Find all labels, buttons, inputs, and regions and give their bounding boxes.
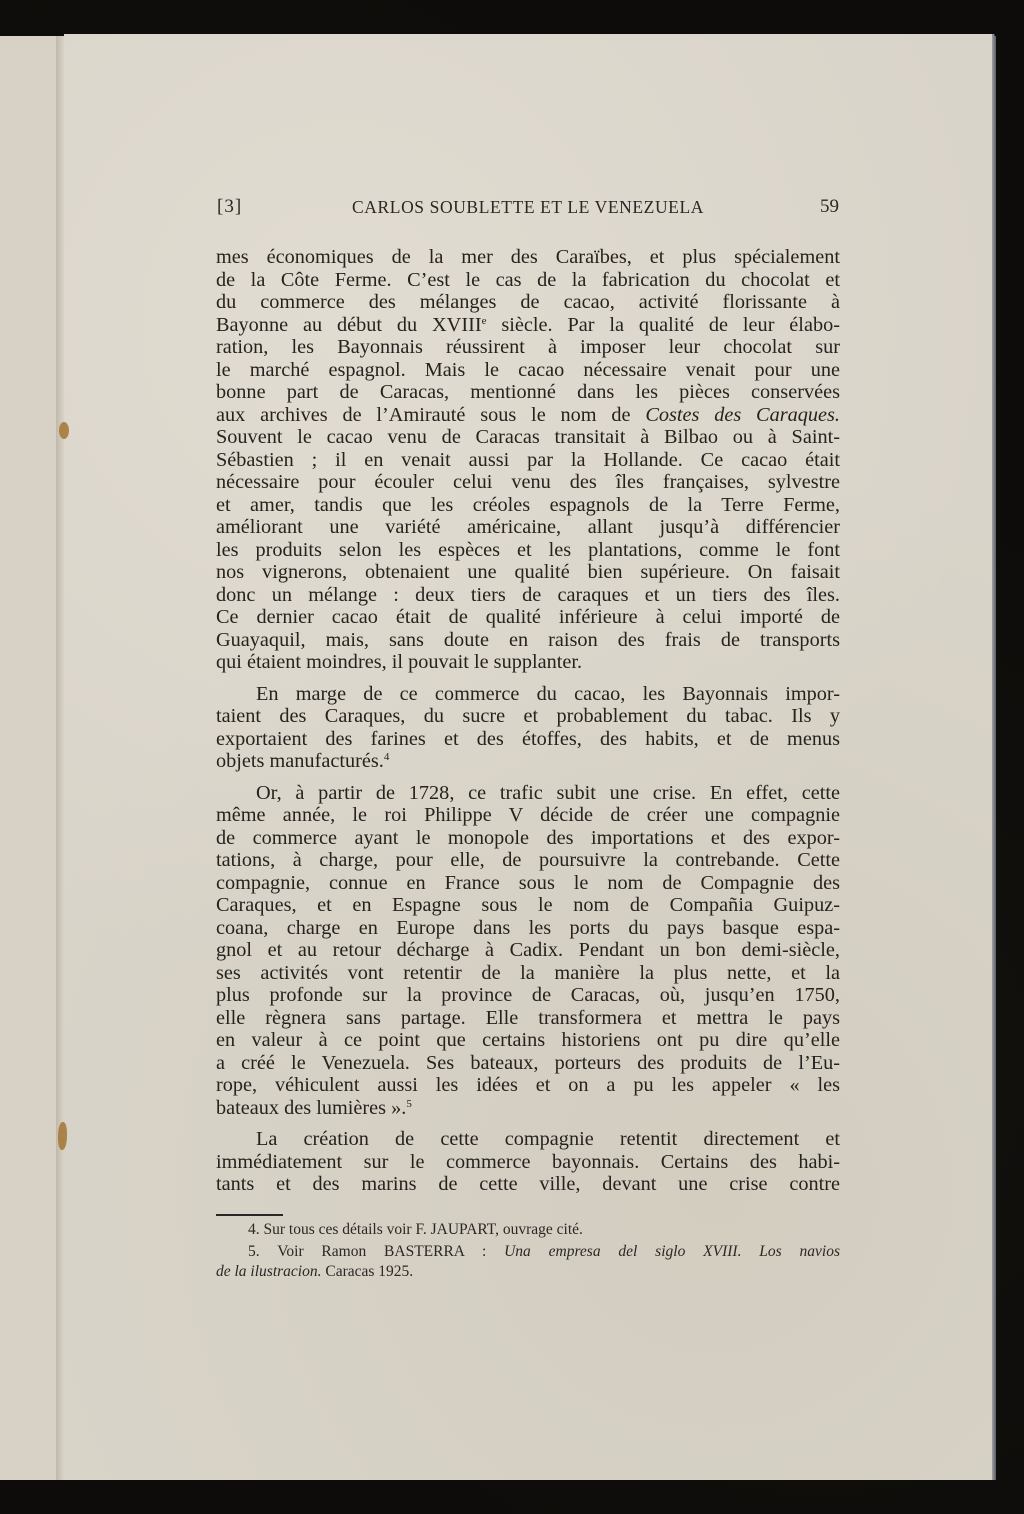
text-line: les produits selon les espèces et les pl…	[216, 539, 840, 562]
footnote-4: 4. Sur tous ces détails voir F. JAUPART,…	[216, 1220, 840, 1240]
text-run: siècle. Par la qualité de leur élabo-	[486, 314, 840, 336]
body-text: mes économiques de la mer des Caraïbes, …	[216, 246, 840, 1205]
text-line: taient des Caraques, du sucre et probabl…	[216, 705, 840, 728]
text-line: même année, le roi Philippe V décide de …	[216, 804, 840, 827]
italic-title: de la ilustracion.	[216, 1263, 321, 1280]
text-line: améliorant une variété américaine, allan…	[216, 516, 840, 539]
text-line: et amer, tandis que les créoles espagnol…	[216, 494, 840, 517]
italic-title: Una empresa del siglo XVIII. Los navios	[504, 1243, 840, 1260]
text-line: Sébastien ; il en venait aussi par la Ho…	[216, 449, 840, 472]
text-line: le marché espagnol. Mais le cacao nécess…	[216, 359, 840, 382]
foxing-stain	[59, 422, 69, 439]
page-stack-edge	[992, 36, 996, 1480]
text-run: aux archives de l’Amirauté sous le nom d…	[216, 404, 645, 426]
text-line: aux archives de l’Amirauté sous le nom d…	[216, 404, 840, 427]
text-line: exportaient des farines et des étoffes, …	[216, 728, 840, 751]
footnote-number: 4.	[248, 1221, 260, 1238]
superscript: e	[482, 315, 487, 327]
footnote-number: 5.	[248, 1243, 260, 1260]
text-line: qui étaient moindres, il pouvait le supp…	[216, 651, 840, 674]
text-line: coana, charge en Europe dans les ports d…	[216, 917, 840, 940]
text-line: plus profonde sur la province de Caracas…	[216, 984, 840, 1007]
text-line: bonne part de Caracas, mentionné dans le…	[216, 381, 840, 404]
text-line: en valeur à ce point que certains histor…	[216, 1029, 840, 1052]
text-line: Caraques, et en Espagne sous le nom de C…	[216, 894, 840, 917]
italic-title: Costes des Caraques.	[645, 404, 840, 426]
text-line: du commerce des mélanges de cacao, activ…	[216, 291, 840, 314]
text-line: tations, à charge, pour elle, de poursui…	[216, 849, 840, 872]
text-line: ration, les Bayonnais réussirent à impos…	[216, 336, 840, 359]
text-line: elle règnera sans partage. Elle transfor…	[216, 1007, 840, 1030]
text-line: Bayonne au début du XVIIIe siècle. Par l…	[216, 314, 840, 337]
text-line: La création de cette compagnie retentit …	[216, 1128, 840, 1151]
text-line: Guayaquil, mais, sans doute en raison de…	[216, 629, 840, 652]
text-line: Or, à partir de 1728, ce trafic subit un…	[216, 782, 840, 805]
paragraph: Or, à partir de 1728, ce trafic subit un…	[216, 782, 840, 1120]
text-line: nécessaire pour écouler celui venu des î…	[216, 471, 840, 494]
text-line: objets manufacturés.4	[216, 750, 840, 773]
footnote-text: Sur tous ces détails voir F. JAUPART, ou…	[264, 1221, 583, 1238]
text-line: nos vignerons, obtenaient une qualité bi…	[216, 561, 840, 584]
text-line: de commerce ayant le monopole des import…	[216, 827, 840, 850]
text-line: bateaux des lumières ».5	[216, 1097, 840, 1120]
text-line: En marge de ce commerce du cacao, les Ba…	[216, 683, 840, 706]
text-line: Souvent le cacao venu de Caracas transit…	[216, 426, 840, 449]
text-line: a créé le Venezuela. Ses bateaux, porteu…	[216, 1052, 840, 1075]
footnote-line: 5. Voir Ramon BASTERRA : Una empresa del…	[216, 1242, 840, 1262]
footnote-ref[interactable]: 4	[384, 751, 390, 763]
text-run: bateaux des lumières ».	[216, 1097, 406, 1119]
footnote-text: Caracas 1925.	[321, 1263, 413, 1280]
running-title: CARLOS SOUBLETTE ET LE VENEZUELA	[217, 196, 839, 218]
paragraph: En marge de ce commerce du cacao, les Ba…	[216, 683, 840, 773]
text-line: immédiatement sur le commerce bayonnais.…	[216, 1151, 840, 1174]
text-line: de la Côte Ferme. C’est le cas de la fab…	[216, 269, 840, 292]
running-header: [3] CARLOS SOUBLETTE ET LE VENEZUELA 59	[217, 196, 839, 222]
text-line: rope, véhiculent aussi les idées et on a…	[216, 1074, 840, 1097]
text-run: Bayonne au début du XVIII	[216, 314, 482, 336]
footnote-separator	[216, 1214, 283, 1216]
footnote-ref[interactable]: 5	[406, 1098, 412, 1110]
text-line: Ce dernier cacao était de qualité inféri…	[216, 606, 840, 629]
footnote-line: de la ilustracion. Caracas 1925.	[216, 1262, 840, 1282]
foxing-stain	[58, 1122, 67, 1150]
footnotes: 4. Sur tous ces détails voir F. JAUPART,…	[216, 1220, 840, 1284]
text-line: donc un mélange : deux tiers de caraques…	[216, 584, 840, 607]
text-line: gnol et au retour décharge à Cadix. Pend…	[216, 939, 840, 962]
footnote-line: 4. Sur tous ces détails voir F. JAUPART,…	[216, 1220, 840, 1240]
text-line: mes économiques de la mer des Caraïbes, …	[216, 246, 840, 269]
page-number: 59	[820, 196, 839, 218]
text-run: objets manufacturés.	[216, 750, 384, 772]
text-line: compagnie, connue en France sous le nom …	[216, 872, 840, 895]
footnote-text: Voir Ramon BASTERRA :	[277, 1243, 504, 1260]
paragraph: mes économiques de la mer des Caraïbes, …	[216, 246, 840, 674]
text-line: tants et des marins de cette ville, deva…	[216, 1173, 840, 1196]
paragraph: La création de cette compagnie retentit …	[216, 1128, 840, 1196]
footnote-5: 5. Voir Ramon BASTERRA : Una empresa del…	[216, 1242, 840, 1282]
text-line: ses activités vont retentir de la manièr…	[216, 962, 840, 985]
